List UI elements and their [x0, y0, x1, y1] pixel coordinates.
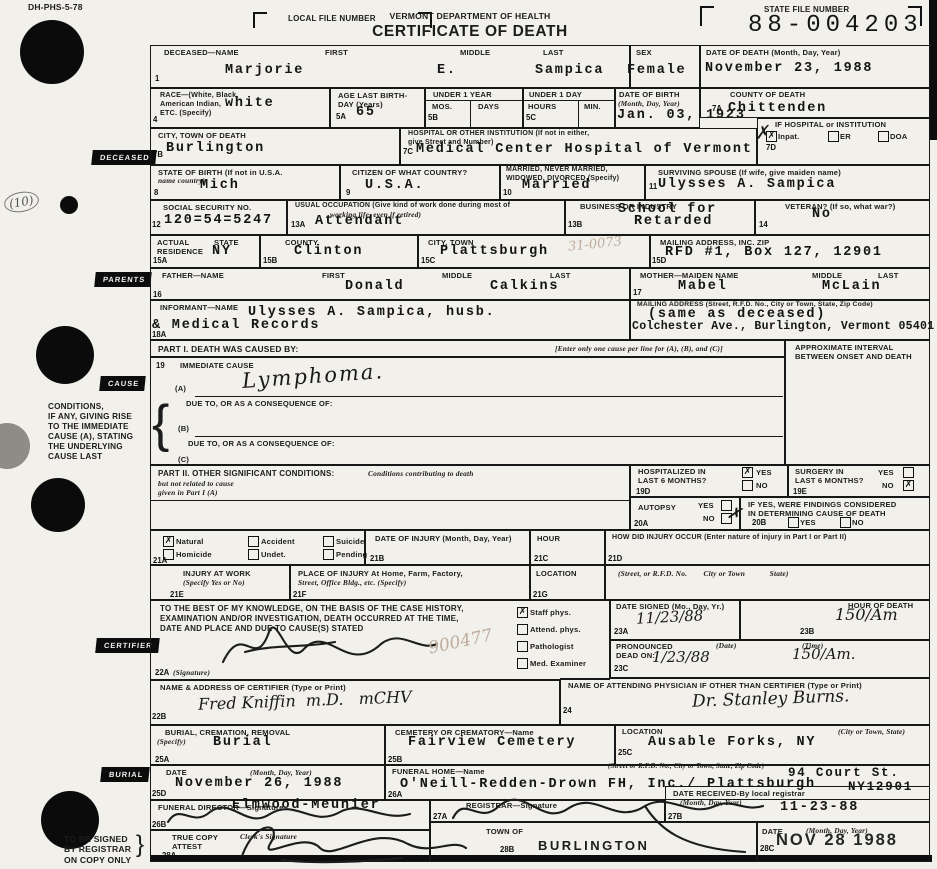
cemetery-value: Fairview Cemetery — [408, 735, 576, 750]
race-value: white — [225, 96, 275, 111]
mailing-address-value: RFD #1, Box 127, 12901 — [665, 245, 883, 260]
funeral-home-street-value: 94 Court St. — [788, 766, 900, 780]
burial-type-value: Burial — [213, 735, 272, 750]
hours-label: HOURS — [528, 102, 556, 111]
place-of-injury-sublabel: Street, Office Bldg., etc. (Specify) — [298, 578, 406, 587]
item-number: 10 — [503, 188, 512, 197]
med-examiner-label: Med. Examiner — [530, 659, 586, 668]
natural-checkbox: ✗ — [163, 536, 174, 547]
date-signed-value: 11/23/88 — [636, 606, 704, 628]
item-number: 9 — [346, 188, 350, 197]
citizen-value: U.S.A. — [365, 178, 424, 193]
residence-city-value: Plattsburgh — [440, 244, 549, 259]
hospitalized-yes-checkbox: ✗ — [742, 467, 753, 478]
accident-checkbox — [248, 536, 259, 547]
hospitalized-label: HOSPITALIZED IN LAST 6 MONTHS? — [638, 467, 707, 486]
cause-line-b-rule — [195, 436, 783, 437]
natural-label: Natural — [176, 537, 204, 546]
item-number: 25B — [388, 755, 402, 764]
no-label: NO — [852, 518, 864, 527]
burial-type-sublabel: (Specify) — [157, 737, 186, 746]
minutes-label: MIN. — [584, 102, 601, 111]
item-number: 28C — [760, 844, 774, 853]
first-label: FIRST — [325, 48, 348, 57]
deceased-name-label: DECEASED—NAME — [164, 48, 239, 57]
informant-mailing-line2: Colchester Ave., Burlington, Vermont 054… — [632, 320, 934, 333]
hospital-value: Medical Center Hospital of Vermont — [416, 142, 753, 157]
pronounced-date-value: 1/23/88 — [652, 648, 710, 666]
item-number: 28B — [500, 845, 514, 854]
father-name-label: FATHER—NAME — [162, 271, 224, 280]
first-name-value: Marjorie — [225, 63, 304, 78]
doa-checkbox — [878, 131, 889, 142]
sex-label: SEX — [636, 48, 652, 57]
item-number: 13A — [291, 220, 305, 229]
item-number: 21G — [533, 590, 548, 599]
item-number: 5C — [526, 113, 536, 122]
item-number: 8 — [154, 188, 158, 197]
veteran-label: VETERAN? (If so, what war?) — [785, 202, 895, 211]
part1-enter-note: [Enter only one cause per line for (A), … — [555, 344, 723, 353]
item-number: 21A — [153, 556, 167, 565]
surgery-yes-checkbox — [903, 467, 914, 478]
item-number: 5B — [428, 113, 438, 122]
funeral-home-street-sublabel: (Street or R.F.D. No., City or Town, Sta… — [608, 763, 764, 771]
item-number: 7B — [153, 150, 163, 159]
informant-value-line2: & Medical Records — [152, 318, 320, 333]
state-file-number: 88-004203 — [748, 12, 923, 39]
days-label: DAYS — [478, 102, 499, 111]
item-number: 12 — [152, 220, 161, 229]
item-number: 21C — [534, 554, 548, 563]
mother-first-value: Mabel — [678, 279, 728, 294]
surgery-label: SURGERY IN LAST 6 MONTHS? — [795, 467, 864, 486]
item-number: 26A — [388, 790, 402, 799]
item-number: 22B — [152, 712, 166, 721]
item-number: 20B — [752, 518, 766, 527]
item-number: 15A — [153, 256, 167, 265]
age-value: 65 — [356, 105, 376, 120]
part2-label: PART II. OTHER SIGNIFICANT CONDITIONS: — [158, 469, 334, 479]
part1-label: PART I. DEATH WAS CAUSED BY: — [158, 344, 299, 354]
surgery-no-checkbox: ✗ — [903, 480, 914, 491]
town-of-label: TOWN OF — [486, 827, 523, 836]
doa-label: DOA — [890, 132, 907, 141]
inpatient-label: Inpat. — [778, 132, 799, 141]
part2-note: but not related to cause given in Part I… — [158, 479, 234, 497]
suicide-label: Suicide — [336, 537, 364, 546]
state-of-birth-sublabel: name country) — [158, 176, 205, 185]
father-first-value: Donald — [345, 279, 404, 294]
item-number: 25D — [152, 789, 166, 798]
handwritten-page-note: (10) — [3, 189, 41, 215]
line-c-label: (C) — [178, 455, 189, 464]
er-checkbox — [828, 131, 839, 142]
item-number: 25A — [155, 755, 169, 764]
yes-label: YES — [800, 518, 816, 527]
if-hospital-label: IF HOSPITAL or INSTITUTION — [775, 120, 886, 129]
date-received-value: 11-23-88 — [780, 800, 859, 815]
handwritten-x-mark: ✗ — [754, 122, 771, 144]
street-note: (Street, or R.F.D. No. City or Town Stat… — [618, 569, 789, 578]
burial-location-value: Ausable Forks, NY — [648, 735, 816, 750]
er-label: ER — [840, 132, 851, 141]
hour-label: HOUR — [537, 534, 560, 543]
no-label: NO — [703, 514, 715, 523]
item-number: 19D — [636, 487, 650, 496]
first-label: FIRST — [322, 271, 345, 280]
occupation-value: Attendant — [315, 214, 404, 229]
punch-hole — [31, 478, 85, 532]
veteran-value: No — [812, 207, 832, 222]
place-of-injury-label: PLACE OF INJURY At Home, Farm, Factory, — [298, 569, 463, 578]
yes-label: YES — [878, 468, 894, 477]
funeral-home-label: FUNERAL HOME—Name — [392, 767, 485, 776]
interval-label: APPROXIMATE INTERVAL BETWEEN ONSET AND D… — [795, 343, 912, 362]
mother-last-value: McLain — [822, 279, 881, 294]
section-tag-burial: BURIAL — [100, 767, 150, 782]
cause-brace-glyph: { — [152, 398, 170, 450]
item-number: 7C — [403, 147, 413, 156]
divider — [470, 100, 471, 128]
middle-name-value: E. — [437, 63, 457, 78]
line-a-label: (A) — [175, 384, 186, 393]
item-number: 14 — [759, 220, 768, 229]
suicide-checkbox — [323, 536, 334, 547]
item-number: 16 — [153, 290, 162, 299]
item-number: 13B — [568, 220, 582, 229]
no-label: NO — [882, 481, 894, 490]
department-name: VERMONT DEPARTMENT OF HEALTH — [330, 11, 610, 21]
item-number: 23A — [614, 627, 628, 636]
scan-edge-bar — [929, 0, 937, 140]
item-number: 7D — [766, 143, 776, 152]
injury-at-work-label: INJURY AT WORK — [183, 569, 251, 578]
middle-label: MIDDLE — [442, 271, 472, 280]
marital-status-value: Married — [522, 178, 591, 193]
how-injury-label: HOW DID INJURY OCCUR (Enter nature of in… — [612, 534, 847, 543]
date-of-birth-sublabel: (Month, Day, Year) — [618, 99, 680, 108]
ssn-label: SOCIAL SECURITY NO. — [163, 203, 251, 212]
divider — [578, 100, 579, 128]
date-of-death-label: DATE OF DEATH (Month, Day, Year) — [706, 48, 841, 57]
item-number: 23B — [800, 627, 814, 636]
item-number: 24 — [563, 706, 572, 715]
form-number: DH-PHS-5-78 — [28, 2, 83, 12]
findings-no-checkbox — [840, 517, 851, 528]
yes-label: YES — [756, 468, 772, 477]
accident-label: Accident — [261, 537, 295, 546]
bracket — [253, 12, 267, 28]
item-number: 21B — [370, 554, 384, 563]
hour-of-death-value: 150/Am — [835, 605, 898, 624]
item-number: 27B — [668, 812, 682, 821]
injury-at-work-sublabel: (Specify Yes or No) — [183, 578, 245, 587]
state-of-birth-value: Mich — [200, 178, 240, 193]
father-last-value: Calkins — [490, 279, 559, 294]
pronounced-time-value: 150/Am. — [792, 645, 856, 663]
undetermined-label: Undet. — [261, 550, 286, 559]
received-date-stamp: NOV 28 1988 — [776, 830, 898, 850]
date-received-sublabel: (Month, Day, Year) — [680, 798, 742, 807]
under-1-day-label: UNDER 1 DAY — [529, 90, 582, 99]
section-tag-cause: CAUSE — [99, 376, 146, 391]
line-b-label: (B) — [178, 424, 189, 433]
hospitalized-no-checkbox — [742, 480, 753, 491]
location-label: LOCATION — [536, 569, 577, 578]
item-number: 21E — [170, 590, 184, 599]
attend-phys-checkbox — [517, 624, 528, 635]
undetermined-checkbox — [248, 549, 259, 560]
homicide-label: Homicide — [176, 550, 212, 559]
death-certificate-scan: DH-PHS-5-78 (10) CONDITIONS, IF ANY, GIV… — [0, 0, 937, 869]
item-number: 15B — [263, 256, 277, 265]
punch-hole — [60, 196, 78, 214]
pronounced-date-sublabel: (Date) — [716, 641, 737, 650]
punch-hole — [0, 423, 30, 469]
county-of-death-label: COUNTY OF DEATH — [730, 90, 805, 99]
item-number: 21D — [608, 554, 622, 563]
business-value-line2: Retarded — [634, 214, 713, 229]
pending-label: Pending — [336, 550, 367, 559]
burial-location-sublabel: (City or Town, State) — [838, 727, 905, 736]
item-number: 5A — [336, 112, 346, 121]
item-number: 1 — [155, 74, 159, 83]
part2-rule — [150, 500, 630, 501]
county-of-death-value: Chittenden — [728, 101, 827, 116]
section-tag-parents: PARENTS — [94, 272, 152, 287]
signature-sublabel: (Signature) — [173, 668, 210, 677]
city-of-death-value: Burlington — [166, 141, 265, 156]
item-number: 15C — [421, 256, 435, 265]
item-number: 7A — [712, 104, 722, 113]
item-number: 19 — [156, 361, 165, 370]
due-to-label-2: DUE TO, OR AS A CONSEQUENCE OF: — [188, 439, 335, 448]
punch-hole — [20, 20, 84, 84]
citizen-label: CITIZEN OF WHAT COUNTRY? — [352, 168, 467, 177]
findings-yes-checkbox — [788, 517, 799, 528]
staff-phys-label: Staff phys. — [530, 608, 571, 617]
town-value: BURLINGTON — [538, 838, 649, 854]
due-to-label-1: DUE TO, OR AS A CONSEQUENCE OF: — [186, 399, 333, 408]
residence-county-value: Clinton — [294, 244, 363, 259]
item-number: 20A — [634, 519, 648, 528]
item-number: 28A — [162, 851, 176, 860]
surviving-spouse-label: SURVIVING SPOUSE (If wife, give maiden n… — [658, 168, 841, 177]
burial-date-value: November 26, 1988 — [175, 776, 343, 791]
item-number: 11 — [649, 182, 657, 191]
pathologist-checkbox — [517, 641, 528, 652]
sex-value: Female — [627, 63, 686, 78]
registrar-sign-note: TO BE SIGNED BY REGISTRAR ON COPY ONLY — [64, 834, 131, 865]
under-1-year-label: UNDER 1 YEAR — [433, 90, 492, 99]
last-label: LAST — [543, 48, 564, 57]
residence-state-value: NY — [212, 244, 232, 259]
conditions-note: CONDITIONS, IF ANY, GIVING RISE TO THE I… — [48, 402, 133, 462]
months-label: MOS. — [432, 102, 452, 111]
date-of-injury-label: DATE OF INJURY (Month, Day, Year) — [375, 534, 512, 543]
pathologist-label: Pathologist — [530, 642, 574, 651]
actual-residence-label: ACTUAL RESIDENCE — [157, 238, 203, 257]
item-number: 17 — [633, 288, 642, 297]
informant-label: INFORMANT—NAME — [160, 303, 238, 312]
attend-phys-label: Attend. phys. — [530, 625, 581, 634]
divider — [523, 100, 615, 101]
item-number: 21F — [293, 590, 306, 599]
ssn-value: 120=54=5247 — [164, 213, 273, 228]
surviving-spouse-value: Ulysses A. Sampica — [658, 177, 836, 192]
divider — [425, 100, 523, 101]
city-of-death-label: CITY, TOWN OF DEATH — [158, 131, 246, 140]
section-tag-deceased: DECEASED — [91, 150, 156, 165]
punch-hole — [36, 326, 94, 384]
item-number: 18A — [152, 330, 166, 339]
document-title: CERTIFICATE OF DEATH — [330, 23, 610, 42]
item-number: 25C — [618, 748, 632, 757]
findings-label: IF YES, WERE FINDINGS CONSIDERED IN DETE… — [748, 500, 896, 519]
no-label: NO — [756, 481, 768, 490]
med-examiner-checkbox — [517, 658, 528, 669]
brace-glyph: } — [136, 830, 144, 859]
cause-line-a-rule — [195, 396, 783, 397]
item-number: 4 — [153, 115, 157, 124]
middle-label: MIDDLE — [460, 48, 490, 57]
part2-label-italic: Conditions contributing to death — [368, 469, 474, 478]
autopsy-label: AUTOPSY — [638, 503, 676, 512]
item-number: 22A — [155, 668, 169, 677]
yes-label: YES — [698, 501, 714, 510]
date-of-birth-label: DATE OF BIRTH — [619, 90, 680, 99]
date-received-label: DATE RECEIVED-By local registrar — [673, 789, 805, 798]
pending-checkbox — [323, 549, 334, 560]
true-copy-attest-label: TRUE COPY ATTEST — [172, 833, 218, 852]
date-of-death-value: November 23, 1988 — [705, 61, 873, 76]
item-number: 19E — [793, 487, 807, 496]
staff-phys-checkbox: ✗ — [517, 607, 528, 618]
certifier-signature — [215, 618, 445, 676]
bracket — [700, 6, 714, 26]
last-name-value: Sampica — [535, 63, 604, 78]
item-number: 23C — [614, 664, 628, 673]
